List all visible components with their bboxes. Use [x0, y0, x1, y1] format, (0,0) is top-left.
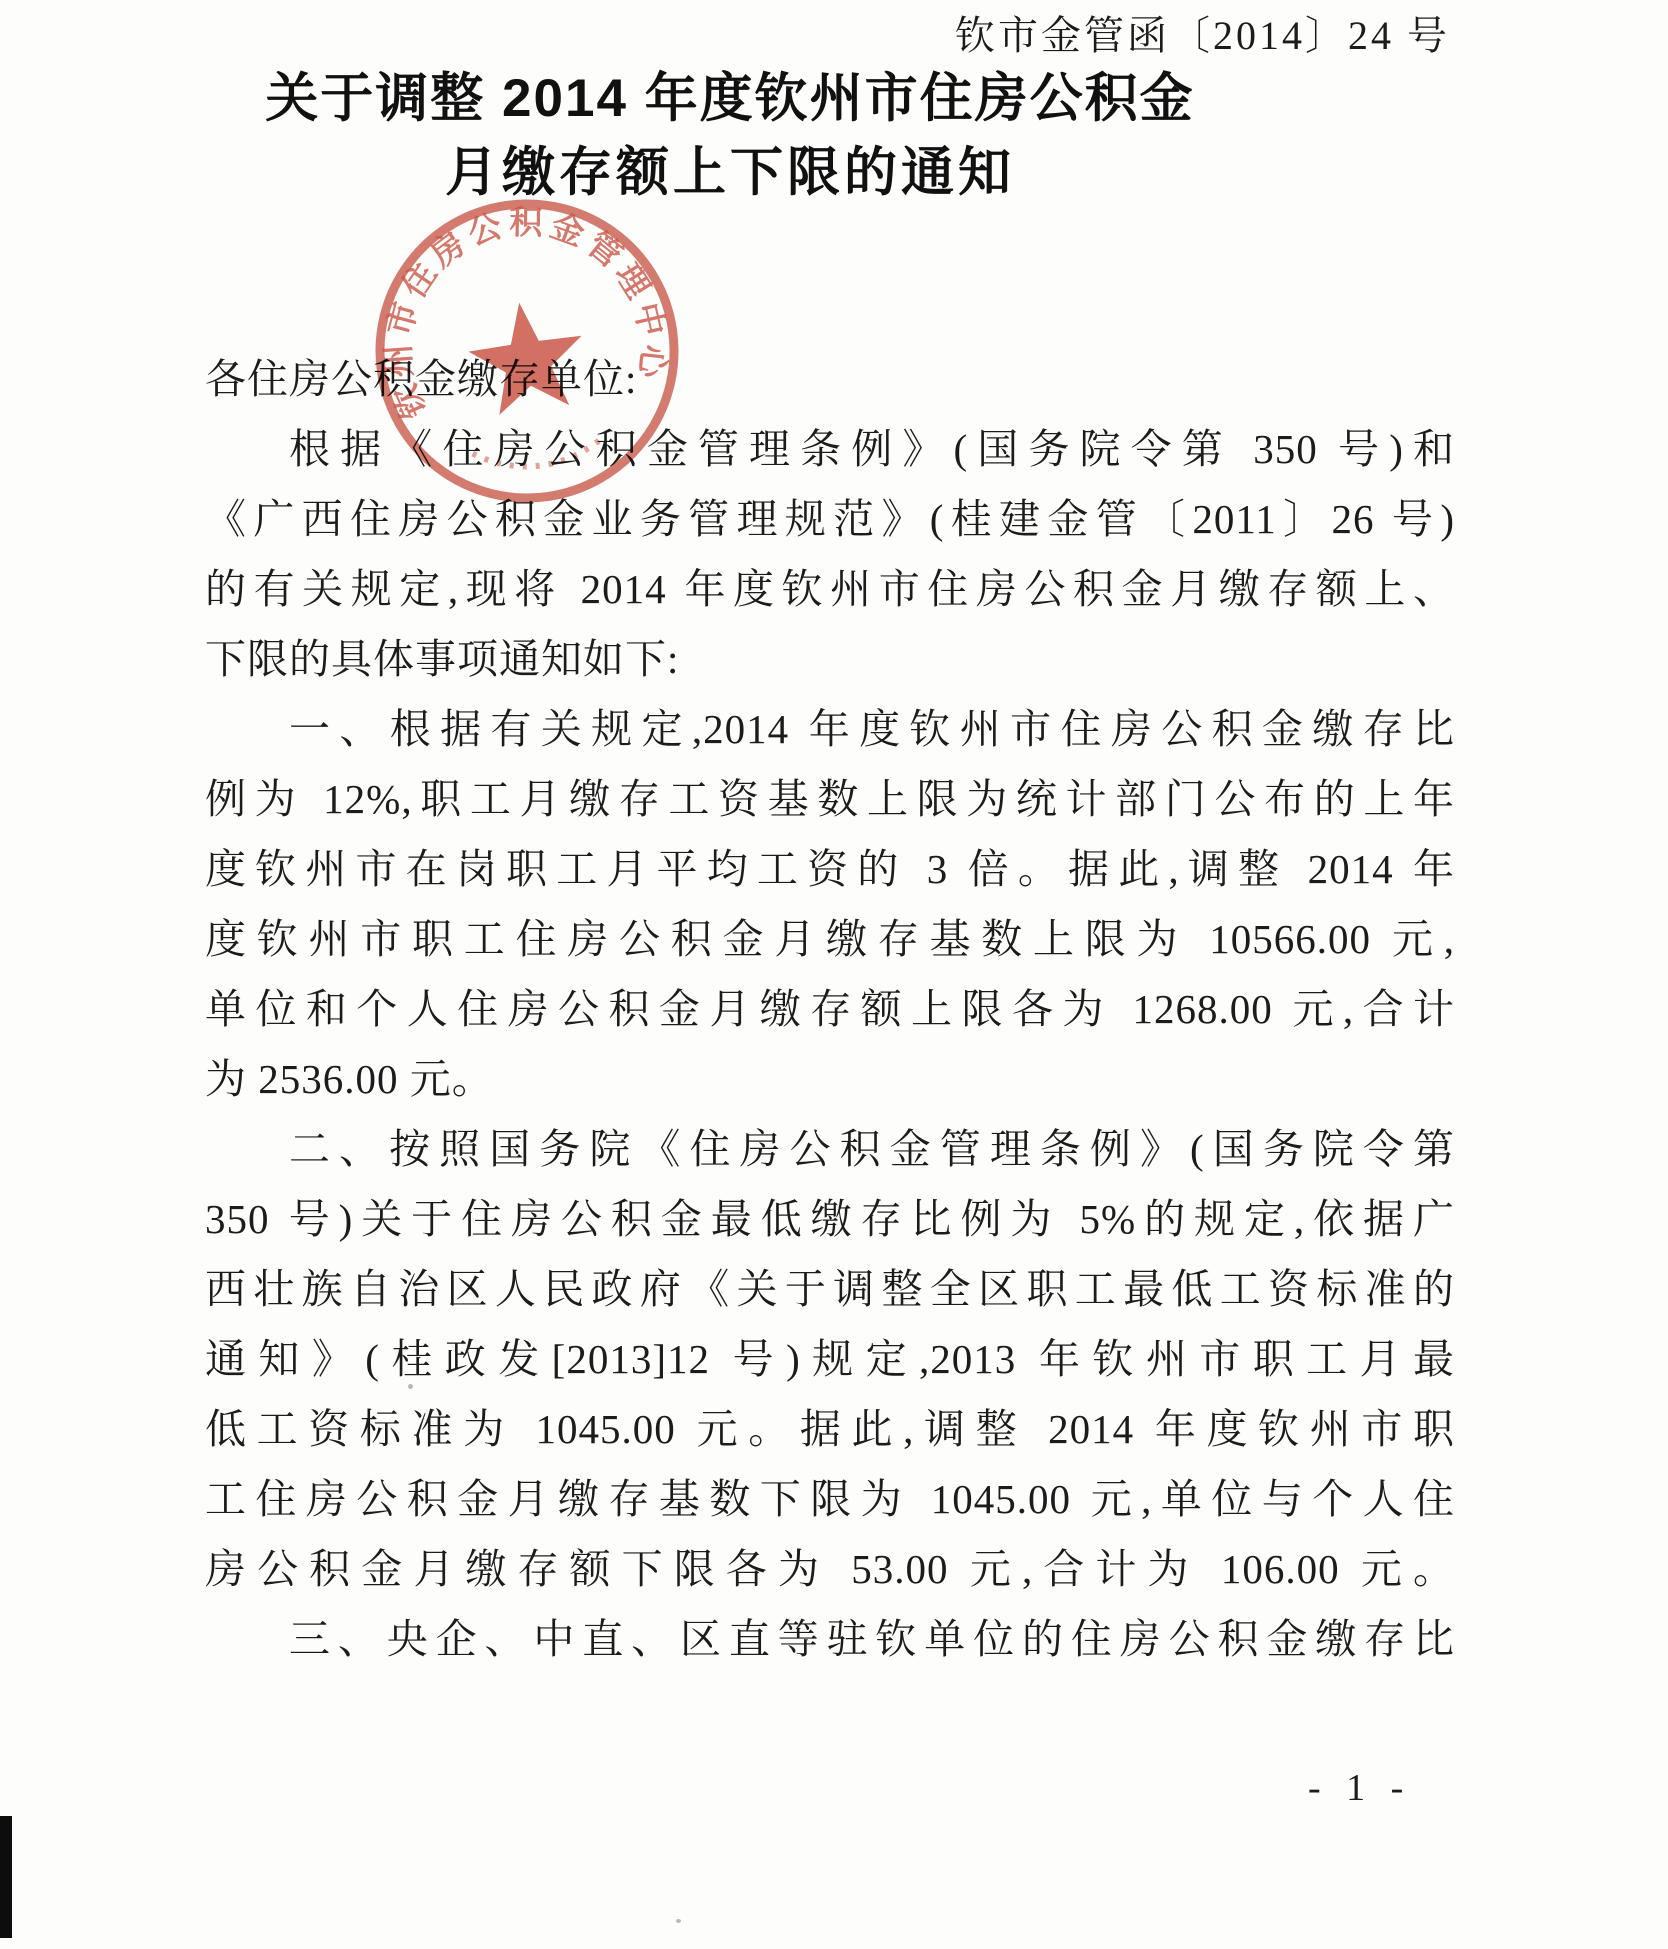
body-line: 低工资标准为 1045.00 元。据此,调整 2014 年度钦州市职 [205, 1394, 1455, 1464]
page-number: - 1 - [1308, 1766, 1411, 1810]
scan-speck [408, 1384, 413, 1389]
body-line: 二、按照国务院《住房公积金管理条例》(国务院令第 [205, 1114, 1455, 1184]
body-line: 的有关规定,现将 2014 年度钦州市住房公积金月缴存额上、 [205, 554, 1455, 624]
body-line: 通知》(桂政发[2013]12 号)规定,2013 年钦州市职工月最 [205, 1324, 1455, 1394]
body-line: 工住房公积金月缴存基数下限为 1045.00 元,单位与个人住 [205, 1464, 1455, 1534]
body-line: 度钦州市职工住房公积金月缴存基数上限为 10566.00 元, [205, 904, 1455, 974]
doc-number: 钦市金管函〔2014〕24 号 [955, 4, 1450, 61]
body-line: 下限的具体事项通知如下: [205, 624, 1455, 694]
body-line: 为 2536.00 元。 [205, 1044, 1455, 1114]
document-title: 关于调整 2014 年度钦州市住房公积金 月缴存额上下限的通知 [0, 62, 1564, 210]
document-page: 钦市金管函〔2014〕24 号 关于调整 2014 年度钦州市住房公积金 月缴存… [0, 0, 1668, 1949]
document-body: 各住房公积金缴存单位: 根据《住房公积金管理条例》(国务院令第 350 号)和 … [205, 344, 1455, 1674]
scan-artifact-bar [0, 1816, 12, 1938]
body-line: 房公积金月缴存额下限各为 53.00 元,合计为 106.00 元。 [205, 1534, 1455, 1604]
seal-graphic: 钦州市住房公积金管理中心 [370, 194, 684, 508]
seal-serial-marks [473, 435, 609, 475]
body-line: 三、央企、中直、区直等驻钦单位的住房公积金缴存比 [205, 1604, 1455, 1674]
body-line: 度钦州市在岗职工月平均工资的 3 倍。据此,调整 2014 年 [205, 834, 1455, 904]
title-line-1: 关于调整 2014 年度钦州市住房公积金 [0, 62, 1564, 136]
scan-speck [676, 1919, 681, 1923]
star-icon [463, 295, 591, 418]
body-line: 一、根据有关规定,2014 年度钦州市住房公积金缴存比 [205, 694, 1455, 764]
title-line-2: 月缴存额上下限的通知 [0, 136, 1564, 210]
body-line: 350 号)关于住房公积金最低缴存比例为 5%的规定,依据广 [205, 1184, 1455, 1254]
body-line: 西壮族自治区人民政府《关于调整全区职工最低工资标准的 [205, 1254, 1455, 1324]
official-seal-stamp: 钦州市住房公积金管理中心 [370, 194, 684, 508]
body-line: 例为 12%,职工月缴存工资基数上限为统计部门公布的上年 [205, 764, 1455, 834]
body-line: 单位和个人住房公积金月缴存额上限各为 1268.00 元,合计 [205, 974, 1455, 1044]
